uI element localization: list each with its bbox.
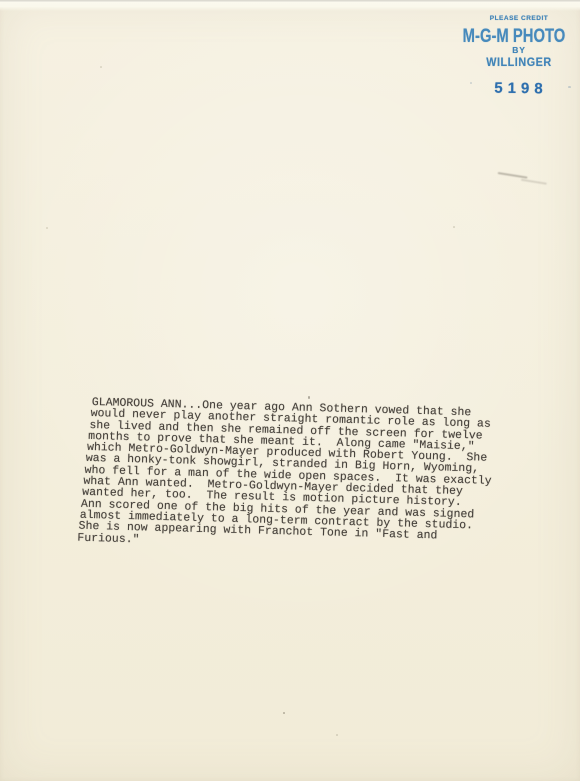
paper-top-edge [0, 0, 580, 11]
paper-speck [336, 734, 338, 736]
mgm-credit-stamp: PLEASE CREDIT M-G-M PHOTO BY WILLINGER 5… [452, 15, 580, 115]
pencil-smudge [496, 170, 549, 190]
paper-speck [100, 66, 102, 68]
stamp-photographer-line: WILLINGER [459, 55, 580, 69]
paper-speck [308, 396, 310, 399]
paper-speck [470, 82, 472, 84]
typewritten-caption: GLAMOROUS ANN...One year ago Ann Sothern… [88, 397, 494, 555]
paper-speck [568, 86, 571, 88]
pencil-smudge-stroke [521, 179, 547, 185]
paper-speck [453, 226, 455, 228]
pencil-smudge-stroke [498, 172, 528, 179]
paper-speck [283, 712, 285, 714]
paper-speck [46, 227, 48, 229]
stamp-please-credit-line: PLEASE CREDIT [452, 15, 580, 22]
photo-back-paper: PLEASE CREDIT M-G-M PHOTO BY WILLINGER 5… [0, 0, 580, 781]
stamp-by-line: BY [452, 45, 580, 55]
